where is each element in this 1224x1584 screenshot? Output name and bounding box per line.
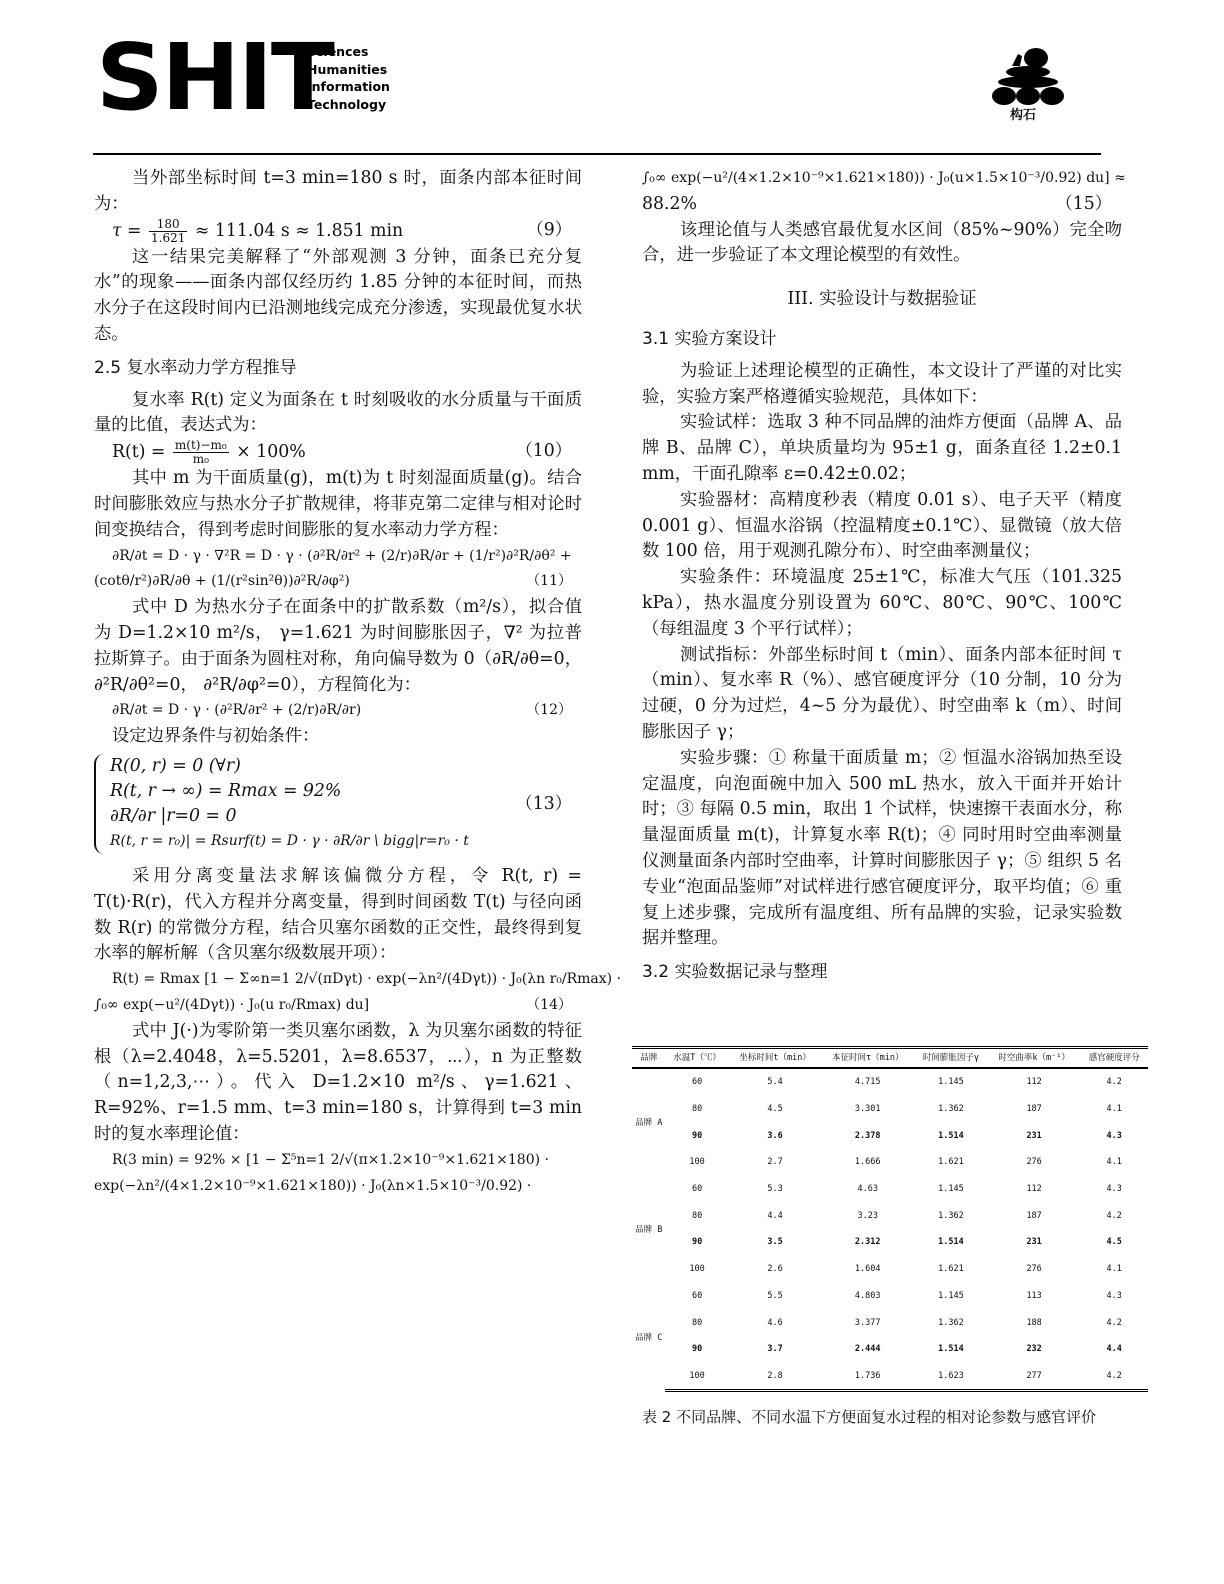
table-cell: 231 [988, 1229, 1081, 1256]
table-cell: 4.4 [729, 1202, 822, 1229]
equation-number: （11） [526, 569, 572, 595]
table-row: 804.43.231.3621874.2 [632, 1202, 1148, 1229]
right-column: ∫₀∞ exp(−u²/(4×1.2×10⁻⁹×1.621×180)) · J₀… [642, 166, 1122, 992]
table-cell: 276 [988, 1256, 1081, 1283]
table-cell: 1.514 [914, 1336, 988, 1363]
table-cell: 4.4 [1080, 1336, 1148, 1363]
table-cell: 60 [665, 1283, 728, 1310]
table-cell: 187 [988, 1096, 1081, 1123]
section-heading-III: III. 实验设计与数据验证 [642, 287, 1122, 313]
table-cell: 276 [988, 1149, 1081, 1176]
table-row: 804.53.3011.3621874.1 [632, 1096, 1148, 1123]
table-cell: 4.3 [1080, 1283, 1148, 1310]
table-cell: 2.444 [821, 1336, 914, 1363]
section-heading-2-5: 2.5 复水率动力学方程推导 [94, 356, 582, 382]
paragraph: 实验条件：环境温度 25±1℃，标准大气压（101.325 kPa），热水温度分… [642, 565, 1122, 642]
paragraph: 该理论值与人类感官最优复水区间（85%~90%）完全吻合，进一步验证了本文理论模… [642, 218, 1122, 270]
table-cell: 231 [988, 1122, 1081, 1149]
table-cell: 5.3 [729, 1176, 822, 1203]
table-cell: 4.2 [1080, 1363, 1148, 1391]
equation-11-line2: (cotθ/r²)∂R/∂θ + (1/(r²sin²θ))∂²R/∂φ²) （… [94, 569, 582, 595]
equation-15-line2: exp(−λn²/(4×1.2×10⁻⁹×1.621×180)) · J₀(λn… [94, 1174, 582, 1200]
table-cell: 60 [665, 1176, 728, 1203]
table-cell: 80 [665, 1309, 728, 1336]
table-cell: 3.6 [729, 1122, 822, 1149]
table-cell: 1.514 [914, 1122, 988, 1149]
table-cell: 2.312 [821, 1229, 914, 1256]
table-cell: 4.63 [821, 1176, 914, 1203]
table-cell: 1.514 [914, 1229, 988, 1256]
left-column: 当外部坐标时间 t=3 min=180 s 时，面条内部本征时间为： τ = 1… [94, 166, 582, 1199]
paragraph: 复水率 R(t) 定义为面条在 t 时刻吸收的水分质量与干面质量的比值，表达式为… [94, 388, 582, 440]
table-cell: 90 [665, 1122, 728, 1149]
table-row: 903.72.4441.5142324.4 [632, 1336, 1148, 1363]
table-cell: 100 [665, 1256, 728, 1283]
equation-11-line1: ∂R/∂t = D · γ · ∇²R = D · γ · (∂²R/∂r² +… [94, 544, 582, 570]
journal-logo: SHIT [96, 28, 333, 128]
table-cell: 90 [665, 1336, 728, 1363]
data-table: 品牌 水温T（℃） 坐标时间t（min） 本征时间τ（min） 时间膨胀因子γ … [632, 1046, 1148, 1392]
table-cell: 3.5 [729, 1229, 822, 1256]
table-cell: 3.7 [729, 1336, 822, 1363]
table-cell: 1.621 [914, 1256, 988, 1283]
table-cell: 4.2 [1080, 1309, 1148, 1336]
table-cell: 80 [665, 1096, 728, 1123]
section-heading-3-2: 3.2 实验数据记录与整理 [642, 960, 1122, 986]
table-cell: 3.301 [821, 1096, 914, 1123]
table-cell: 4.2 [1080, 1202, 1148, 1229]
table-cell: 4.5 [1080, 1229, 1148, 1256]
equation-15-line1: R(3 min) = 92% × [1 − Σ⁵n=1 2/√(π×1.2×10… [94, 1148, 582, 1174]
table-row: 品牌 B605.34.631.1451124.3 [632, 1176, 1148, 1203]
paragraph: 实验试样：选取 3 种不同品牌的油炸方便面（品牌 A、品牌 B、品牌 C），单块… [642, 410, 1122, 487]
paragraph: 测试指标：外部坐标时间 t（min）、面条内部本征时间 τ（min）、复水率 R… [642, 643, 1122, 746]
table-cell: 1.623 [914, 1363, 988, 1391]
table-cell: 4.5 [729, 1096, 822, 1123]
equation-number: （13） [515, 792, 572, 818]
table-cell: 113 [988, 1283, 1081, 1310]
table-cell: 60 [665, 1068, 728, 1096]
table-row: 1002.61.6041.6212764.1 [632, 1256, 1148, 1283]
table-row: 903.52.3121.5142314.5 [632, 1229, 1148, 1256]
equation-12: ∂R/∂t = D · γ · (∂²R/∂r² + (2/r)∂R/∂r) （… [94, 698, 582, 724]
table-cell: 80 [665, 1202, 728, 1229]
table-cell: 4.803 [821, 1283, 914, 1310]
equation-9: τ = 1801.621 ≈ 111.04 s ≈ 1.851 min （9） [94, 218, 582, 245]
table-cell: 188 [988, 1309, 1081, 1336]
table-cell: 1.604 [821, 1256, 914, 1283]
table-row: 1002.81.7361.6232774.2 [632, 1363, 1148, 1391]
paragraph: 式中 D 为热水分子在面条中的扩散系数（m²/s），拟合值为 D=1.2×10 … [94, 595, 582, 698]
table-cell: 90 [665, 1229, 728, 1256]
table-cell: 5.4 [729, 1068, 822, 1096]
table-cell: 1.362 [914, 1309, 988, 1336]
table-cell: 1.362 [914, 1096, 988, 1123]
paragraph: 当外部坐标时间 t=3 min=180 s 时，面条内部本征时间为： [94, 166, 582, 218]
paragraph: 实验步骤：① 称量干面质量 m；② 恒温水浴锅加热至设定温度，向泡面碗中加入 5… [642, 746, 1122, 952]
table-cell: 4.3 [1080, 1176, 1148, 1203]
equation-14-line1: R(t) = Rmax [1 − Σ∞n=1 2/√(πDγt) · exp(−… [94, 967, 582, 993]
page-header: SHIT Sciences Humanities Information Tec… [0, 0, 1224, 160]
table-cell: 1.145 [914, 1068, 988, 1096]
emblem-label: 构石 [1010, 104, 1036, 123]
brand-cell: 品牌 A [632, 1068, 665, 1176]
equation-number: （15） [1055, 192, 1112, 218]
equation-13: R(0, r) = 0 (∀r) R(t, r → ∞) = Rmax = 92… [94, 754, 582, 854]
paragraph: 式中 J(·)为零阶第一类贝塞尔函数，λ 为贝塞尔函数的特征根（λ=2.4048… [94, 1019, 582, 1148]
paragraph: 这一结果完美解释了“外部观测 3 分钟，面条已充分复水”的现象——面条内部仅经历… [94, 245, 582, 348]
table-cell: 1.362 [914, 1202, 988, 1229]
equation-15-line3: ∫₀∞ exp(−u²/(4×1.2×10⁻⁹×1.621×180)) · J₀… [642, 166, 1122, 192]
table-row: 品牌 C605.54.8031.1451134.3 [632, 1283, 1148, 1310]
table-cell: 4.1 [1080, 1256, 1148, 1283]
table-cell: 1.736 [821, 1363, 914, 1391]
table-cell: 1.666 [821, 1149, 914, 1176]
table-cell: 112 [988, 1176, 1081, 1203]
table-cell: 3.23 [821, 1202, 914, 1229]
table-cell: 2.7 [729, 1149, 822, 1176]
equation-number: （9） [526, 218, 572, 244]
equation-number: （12） [526, 698, 572, 724]
paragraph: 设定边界条件与初始条件： [94, 724, 582, 750]
table-cell: 4.2 [1080, 1068, 1148, 1096]
paragraph: 其中 m 为干面质量(g)，m(t)为 t 时刻湿面质量(g)。结合时间膨胀效应… [94, 466, 582, 543]
equation-number: （10） [515, 439, 572, 465]
table-cell: 4.715 [821, 1068, 914, 1096]
table-cell: 3.377 [821, 1309, 914, 1336]
table-cell: 5.5 [729, 1283, 822, 1310]
brand-cell: 品牌 C [632, 1283, 665, 1391]
table-cell: 277 [988, 1363, 1081, 1391]
table-cell: 1.145 [914, 1283, 988, 1310]
table-cell: 1.621 [914, 1149, 988, 1176]
paragraph: 为验证上述理论模型的正确性，本文设计了严谨的对比实验，实验方案严格遵循实验规范，… [642, 359, 1122, 411]
paragraph: 采用分离变量法求解该偏微分方程，令 R(t, r) = T(t)·R(r)，代入… [94, 864, 582, 967]
table-cell: 4.3 [1080, 1122, 1148, 1149]
equation-number: （14） [526, 993, 572, 1019]
table-cell: 4.1 [1080, 1096, 1148, 1123]
table-row: 品牌 A605.44.7151.1451124.2 [632, 1068, 1148, 1096]
table-cell: 2.6 [729, 1256, 822, 1283]
table-cell: 4.6 [729, 1309, 822, 1336]
table-cell: 2.378 [821, 1122, 914, 1149]
table-row: 804.63.3771.3621884.2 [632, 1309, 1148, 1336]
journal-logo-subtitle: Sciences Humanities Information Technolo… [307, 43, 390, 113]
table-cell: 112 [988, 1068, 1081, 1096]
table-caption: 表 2 不同品牌、不同水温下方便面复水过程的相对论参数与感官评价 [642, 1406, 1096, 1427]
table-cell: 4.1 [1080, 1149, 1148, 1176]
brand-cell: 品牌 B [632, 1176, 665, 1283]
equation-15-line4: 88.2% （15） [642, 192, 1122, 218]
paragraph: 实验器材：高精度秒表（精度 0.01 s）、电子天平（精度 0.001 g）、恒… [642, 488, 1122, 565]
table-cell: 1.145 [914, 1176, 988, 1203]
section-heading-3-1: 3.1 实验方案设计 [642, 327, 1122, 353]
table-header-row: 品牌 水温T（℃） 坐标时间t（min） 本征时间τ（min） 时间膨胀因子γ … [632, 1048, 1148, 1069]
table-cell: 100 [665, 1363, 728, 1391]
table-cell: 187 [988, 1202, 1081, 1229]
table-cell: 100 [665, 1149, 728, 1176]
table-cell: 2.8 [729, 1363, 822, 1391]
table-cell: 232 [988, 1336, 1081, 1363]
header-rule [93, 153, 1101, 155]
table-row: 903.62.3781.5142314.3 [632, 1122, 1148, 1149]
equation-14-line2: ∫₀∞ exp(−u²/(4Dγt)) · J₀(u r₀/Rmax) du] … [94, 993, 582, 1019]
table-row: 1002.71.6661.6212764.1 [632, 1149, 1148, 1176]
equation-10: R(t) = m(t)−m₀m₀ × 100% （10） [94, 439, 582, 466]
